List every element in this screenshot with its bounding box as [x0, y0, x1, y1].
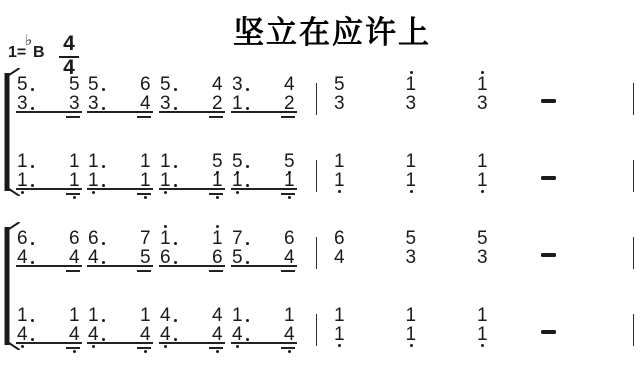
time-signature-numerator: 4 — [59, 33, 79, 58]
beam-line — [231, 265, 297, 267]
note-digit: 1 — [232, 306, 243, 325]
beam-line — [87, 111, 153, 113]
augmentation-dot — [31, 107, 34, 110]
augmentation-dot — [31, 242, 34, 245]
note-digit: 1 — [406, 152, 417, 171]
augmentation-dot — [174, 242, 177, 245]
octave-dot-low — [236, 191, 239, 194]
note-digit: 4 — [160, 306, 171, 325]
beam-line — [159, 111, 225, 113]
note-digit: 1 — [406, 171, 417, 190]
augmentation-dot — [246, 338, 249, 341]
octave-dot-low — [216, 350, 219, 353]
augmentation-dot — [246, 242, 249, 245]
beam-line — [87, 342, 153, 344]
page-title: 坚立在应许上 — [12, 7, 640, 52]
barline — [633, 160, 635, 192]
note-digit: 5 — [69, 75, 80, 94]
note-digit: 3 — [477, 248, 488, 267]
note-digit: 1 — [88, 306, 99, 325]
note-digit: 1 — [160, 152, 171, 171]
augmentation-dot — [31, 165, 34, 168]
note-digit: 1 — [88, 152, 99, 171]
note-digit: 5 — [160, 75, 171, 94]
note-digit: 1 — [477, 325, 488, 344]
augmentation-dot — [31, 88, 34, 91]
beam-line — [231, 342, 297, 344]
flat-accidental-icon: ♭ — [25, 33, 32, 48]
note-digit: 1 — [406, 75, 417, 94]
tonic-letter: B — [33, 45, 45, 61]
double-beam-line — [281, 347, 295, 349]
beam-line — [231, 111, 297, 113]
beam-line — [159, 265, 225, 267]
octave-dot-low — [73, 196, 76, 199]
double-beam-line — [209, 347, 223, 349]
barline — [633, 314, 635, 346]
octave-dot-low — [21, 345, 24, 348]
note-digit: 5 — [212, 152, 223, 171]
octave-dot-low — [92, 191, 95, 194]
note-digit: 4 — [284, 75, 295, 94]
octave-dot-low — [288, 350, 291, 353]
beam-line — [87, 265, 153, 267]
augmentation-dot — [31, 261, 34, 264]
note-digit: 1 — [477, 75, 488, 94]
whole-rest-dash — [541, 330, 556, 334]
barline — [316, 83, 318, 115]
note-digit: 1 — [406, 306, 417, 325]
note-digit: 1 — [334, 171, 345, 190]
augmentation-dot — [174, 107, 177, 110]
note-digit: 5 — [17, 75, 28, 94]
augmentation-dot — [174, 261, 177, 264]
barline — [316, 237, 318, 269]
augmentation-dot — [246, 319, 249, 322]
augmentation-dot — [31, 338, 34, 341]
octave-dot-low — [164, 345, 167, 348]
augmentation-dot — [31, 184, 34, 187]
double-beam-line — [137, 347, 151, 349]
octave-dot-low — [410, 344, 413, 347]
beam-line — [16, 111, 82, 113]
note-digit: 1 — [334, 325, 345, 344]
double-beam-line — [66, 347, 80, 349]
note-digit: 1 — [69, 152, 80, 171]
note-digit: 1 — [334, 306, 345, 325]
note-digit: 4 — [212, 306, 223, 325]
octave-dot-high — [410, 71, 413, 74]
augmentation-dot — [246, 107, 249, 110]
note-digit: 1 — [406, 325, 417, 344]
beam-line — [87, 188, 153, 190]
double-beam-line — [137, 193, 151, 195]
double-beam-line — [209, 270, 223, 272]
double-beam-line — [66, 116, 80, 118]
note-digit: 1 — [140, 306, 151, 325]
augmentation-dot — [174, 184, 177, 187]
augmentation-dot — [246, 88, 249, 91]
barline — [633, 237, 635, 269]
augmentation-dot — [246, 184, 249, 187]
note-digit: 6 — [17, 229, 28, 248]
sheet-music-page: 坚立在应许上 1= ♭ B 4 4 5533563454323412531313… — [0, 0, 640, 372]
octave-dot-low — [164, 191, 167, 194]
augmentation-dot — [102, 165, 105, 168]
note-digit: 1 — [477, 152, 488, 171]
augmentation-dot — [174, 338, 177, 341]
beam-line — [159, 188, 225, 190]
note-digit: 1 — [140, 152, 151, 171]
octave-dot-low — [236, 345, 239, 348]
note-digit: 6 — [334, 229, 345, 248]
double-beam-line — [281, 116, 295, 118]
whole-rest-dash — [541, 99, 556, 103]
beam-line — [159, 342, 225, 344]
augmentation-dot — [102, 338, 105, 341]
note-digit: 1 — [160, 229, 171, 248]
note-digit: 5 — [334, 75, 345, 94]
note-digit: 5 — [88, 75, 99, 94]
beam-line — [231, 188, 297, 190]
augmentation-dot — [102, 184, 105, 187]
note-digit: 3 — [232, 75, 243, 94]
double-beam-line — [281, 270, 295, 272]
octave-dot-low — [144, 350, 147, 353]
note-digit: 1 — [212, 229, 223, 248]
note-digit: 6 — [69, 229, 80, 248]
augmentation-dot — [174, 88, 177, 91]
octave-dot-low — [481, 190, 484, 193]
note-digit: 6 — [88, 229, 99, 248]
note-digit: 1 — [477, 171, 488, 190]
augmentation-dot — [102, 107, 105, 110]
note-digit: 4 — [334, 248, 345, 267]
octave-dot-low — [216, 196, 219, 199]
note-digit: 1 — [69, 306, 80, 325]
note-digit: 1 — [17, 152, 28, 171]
augmentation-dot — [102, 261, 105, 264]
octave-dot-low — [92, 345, 95, 348]
double-beam-line — [209, 116, 223, 118]
note-digit: 5 — [232, 152, 243, 171]
note-digit: 1 — [477, 306, 488, 325]
time-signature: 4 4 — [59, 33, 79, 78]
note-digit: 3 — [406, 94, 417, 113]
octave-dot-low — [21, 191, 24, 194]
double-beam-line — [137, 116, 151, 118]
octave-dot-low — [338, 344, 341, 347]
note-digit: 6 — [284, 229, 295, 248]
octave-dot-low — [144, 196, 147, 199]
note-digit: 4 — [212, 75, 223, 94]
note-digit: 7 — [232, 229, 243, 248]
octave-dot-low — [481, 344, 484, 347]
barline — [633, 83, 635, 115]
augmentation-dot — [246, 261, 249, 264]
double-beam-line — [137, 270, 151, 272]
double-beam-line — [281, 193, 295, 195]
note-digit: 5 — [477, 229, 488, 248]
note-digit: 1 — [17, 306, 28, 325]
barline — [316, 160, 318, 192]
note-digit: 6 — [140, 75, 151, 94]
note-digit: 1 — [284, 306, 295, 325]
note-digit: 7 — [140, 229, 151, 248]
augmentation-dot — [31, 319, 34, 322]
note-digit: 5 — [284, 152, 295, 171]
note-digit: 3 — [406, 248, 417, 267]
augmentation-dot — [174, 165, 177, 168]
augmentation-dot — [102, 319, 105, 322]
beam-line — [16, 342, 82, 344]
tonic-prefix: 1= — [8, 45, 26, 61]
note-digit: 5 — [406, 229, 417, 248]
double-beam-line — [66, 270, 80, 272]
note-digit: 3 — [477, 94, 488, 113]
note-digit: 3 — [334, 94, 345, 113]
augmentation-dot — [102, 242, 105, 245]
double-beam-line — [66, 193, 80, 195]
whole-rest-dash — [541, 253, 556, 257]
octave-dot-low — [73, 350, 76, 353]
augmentation-dot — [102, 88, 105, 91]
augmentation-dot — [174, 319, 177, 322]
double-beam-line — [209, 193, 223, 195]
beam-line — [16, 188, 82, 190]
octave-dot-low — [288, 196, 291, 199]
octave-dot-low — [338, 190, 341, 193]
augmentation-dot — [246, 165, 249, 168]
octave-dot-low — [410, 190, 413, 193]
beam-line — [16, 265, 82, 267]
whole-rest-dash — [541, 176, 556, 180]
note-digit: 1 — [334, 152, 345, 171]
barline — [316, 314, 318, 346]
